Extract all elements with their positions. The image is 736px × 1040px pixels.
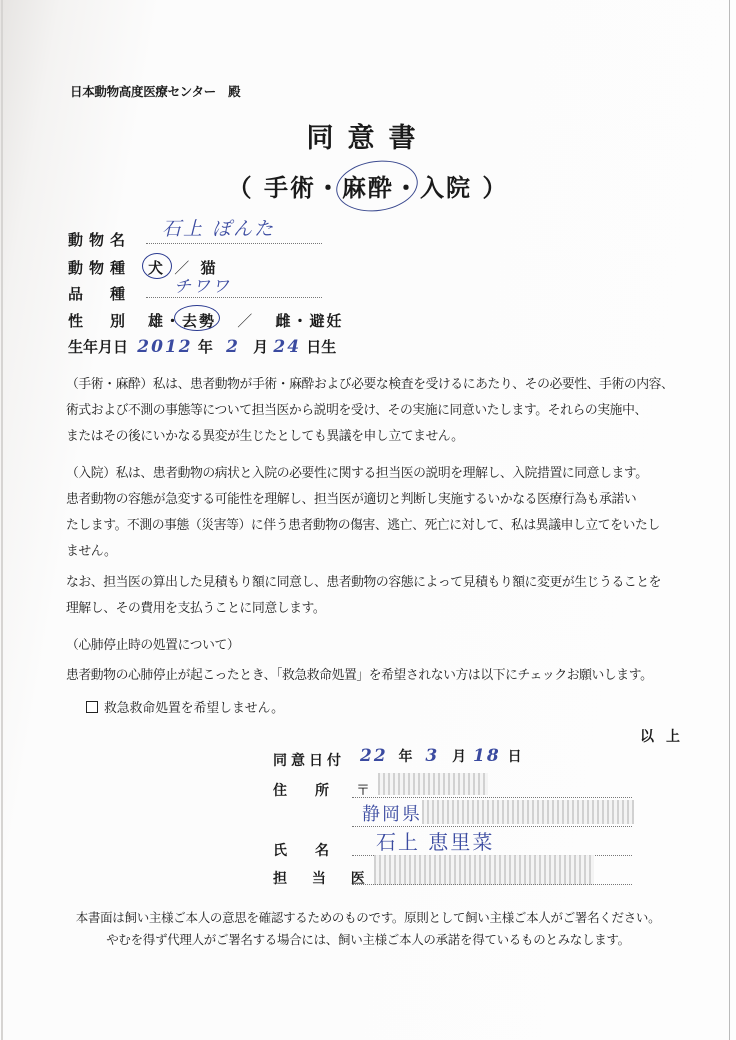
address-value[interactable]: 静岡県 — [362, 800, 422, 826]
consent-date-label: 同意日付 — [273, 750, 345, 770]
footer-note-line-2: やむを得ず代理人がご署名する場合には、飼い主様ご本人の承諾を得ているものとみなし… — [0, 930, 736, 948]
addressee: 日本動物高度医療センター 殿 — [70, 82, 240, 100]
owner-name-label: 氏 名 — [273, 840, 329, 860]
consent-day-unit: 日 — [508, 749, 522, 765]
consent-date-row: 22 年 3 月 18 日 — [360, 746, 522, 766]
redacted-postal-code — [378, 773, 488, 795]
paragraph-line: 術式および不測の事態等について担当医から説明を受け、その実施に同意いたします。そ… — [66, 398, 696, 424]
paper-edge-left — [1, 0, 3, 1040]
paper-edge-right — [729, 0, 730, 1040]
estimate-consent-paragraph: なお、担当医の算出した見積もり額に同意し、患者動物の容態によって見積もり額に変更… — [66, 570, 696, 622]
paragraph-line: （入院）私は、患者動物の病状と入院の必要性に関する担当医の説明を理解し、入院措置… — [66, 461, 696, 487]
consent-year-value[interactable]: 22 — [360, 746, 388, 766]
birth-day-value[interactable]: 24 — [273, 337, 301, 357]
surgery-consent-paragraph: （手術・麻酔）私は、患者動物が手術・麻酔および必要な検査を受けるにあたり、その必… — [66, 372, 696, 450]
doctor-label: 担 当 医 — [273, 868, 375, 888]
paragraph-line: またはその後にいかなる異変が生じたとしても異議を申し立てません。 — [66, 424, 696, 450]
paragraph-line: 理解し、その費用を支払うことに同意します。 — [66, 596, 696, 622]
owner-name-value[interactable]: 石上 恵里菜 — [376, 826, 494, 855]
consent-month-unit: 月 — [452, 749, 466, 765]
redacted-address — [422, 800, 634, 824]
sex-female-options[interactable]: 雌・避妊 — [276, 312, 344, 330]
birthdate-row: 生年月日 2012 年 2 月 24 日生 — [68, 336, 336, 357]
breed-line — [146, 297, 322, 298]
footer-note-line-1: 本書面は飼い主様ご本人の意思を確認するためのものです。原則として飼い主様ご本人が… — [0, 908, 736, 926]
consent-form-page: 日本動物高度医療センター 殿 同意書 （ 手術・麻酔・入院 ） 動物名 石上 ぽ… — [0, 0, 736, 1040]
species-selected-circle — [142, 253, 172, 279]
animal-name-value[interactable]: 石上 ぽんた — [162, 214, 275, 241]
breed-value[interactable]: チワワ — [174, 272, 231, 297]
consent-year-unit: 年 — [399, 749, 413, 765]
paragraph-line: （手術・麻酔）私は、患者動物が手術・麻酔および必要な検査を受けるにあたり、その必… — [66, 372, 696, 398]
birth-year-value[interactable]: 2012 — [137, 337, 192, 357]
animal-name-line — [146, 243, 322, 244]
sex-selected-circle — [174, 305, 220, 331]
paragraph-line: ません。 — [66, 539, 696, 565]
hospitalization-consent-paragraph: （入院）私は、患者動物の病状と入院の必要性に関する担当医の説明を理解し、入院措置… — [66, 461, 696, 565]
birth-year-unit: 年 — [198, 338, 213, 356]
address-line-1 — [352, 797, 632, 798]
address-label: 住 所 — [273, 780, 329, 800]
circled-anesthesia-mark — [333, 156, 421, 217]
birthdate-label: 生年月日 — [68, 338, 128, 356]
closing-mark: 以上 — [640, 726, 692, 746]
redacted-doctor-name — [374, 855, 594, 885]
no-resuscitation-checkbox[interactable] — [86, 701, 98, 713]
consent-day-value[interactable]: 18 — [473, 746, 501, 766]
animal-name-label: 動物名 — [68, 229, 131, 250]
paragraph-line: なお、担当医の算出した見積もり額に同意し、患者動物の容態によって見積もり額に変更… — [66, 570, 696, 596]
paragraph-line: たします。不測の事態（災害等）に伴う患者動物の傷害、逃亡、死亡に対して、私は異議… — [66, 513, 696, 539]
consent-month-value[interactable]: 3 — [425, 746, 439, 766]
document-title: 同意書 — [0, 116, 736, 155]
birth-month-unit: 月 — [253, 338, 268, 356]
doctor-line — [352, 884, 632, 885]
no-resuscitation-label: 救急救命処置を希望しません。 — [104, 697, 284, 716]
sex-separator: ／ — [237, 312, 254, 330]
cpa-instructions: 患者動物の心肺停止が起こったとき、「救急救命処置」を希望されない方は以下にチェッ… — [66, 666, 696, 686]
breed-label: 品 種 — [68, 283, 131, 304]
cpa-heading: （心肺停止時の処置について） — [66, 636, 696, 656]
paragraph-line: 患者動物の容態が急変する可能性を理解し、担当医が適切と判断し実施するいかなる医療… — [66, 487, 696, 513]
birth-month-value[interactable]: 2 — [226, 337, 240, 357]
sex-label: 性 別 — [68, 310, 131, 331]
birth-day-unit: 日生 — [306, 338, 336, 356]
species-label: 動物種 — [68, 257, 131, 278]
